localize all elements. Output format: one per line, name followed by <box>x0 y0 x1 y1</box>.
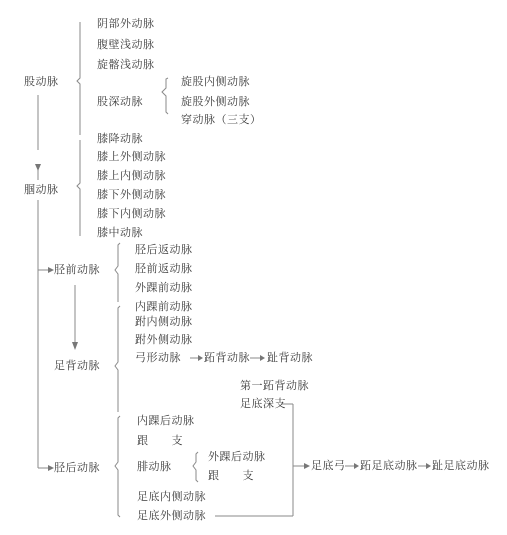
first-dorsal-metatarsal-artery: 第一跖背动脉 <box>240 379 309 393</box>
plantar-digital-artery: 趾足底动脉 <box>432 459 490 473</box>
branch-middle-genicular: 膝中动脉 <box>97 226 143 240</box>
peroneal-artery-label: 腓动脉 <box>137 460 172 474</box>
anterior-tibial-label: 胫前动脉 <box>54 263 100 277</box>
popliteal-artery-label: 腘动脉 <box>24 183 59 197</box>
branch-peroneal-calcaneal: 跟 支 <box>208 469 254 483</box>
branch-medial-circumflex-femoral: 旋股内侧动脉 <box>181 75 250 89</box>
branch-superficial-circumflex-iliac: 旋髂浅动脉 <box>97 58 155 72</box>
plantar-arch: 足底弓 <box>311 459 346 473</box>
posterior-tibial-label: 胫后动脉 <box>54 461 100 475</box>
lateral-plantar-artery: 足底外侧动脉 <box>137 509 206 523</box>
dorsal-digital-artery: 趾背动脉 <box>267 351 313 365</box>
arcuate-artery: 弓形动脉 <box>135 351 181 365</box>
branch-perforating: 穿动脉（三支） <box>181 113 262 127</box>
branch-descending-genicular: 膝降动脉 <box>97 132 143 146</box>
branch-anterior-lateral-malleolar: 外踝前动脉 <box>135 281 193 295</box>
branch-superficial-epigastric: 腹壁浅动脉 <box>97 38 155 52</box>
branch-medial-tarsal: 跗内侧动脉 <box>135 315 193 329</box>
branch-superior-lateral-genicular: 膝上外侧动脉 <box>97 150 166 164</box>
plantar-metatarsal-artery: 跖足底动脉 <box>360 459 418 473</box>
branch-anterior-medial-malleolar: 内踝前动脉 <box>135 300 193 314</box>
deep-plantar-branch: 足底深支 <box>240 397 286 411</box>
branch-posterior-tibial-recurrent: 胫后返动脉 <box>135 243 193 257</box>
dorsal-metatarsal-artery: 跖背动脉 <box>204 351 250 365</box>
branch-anterior-tibial-recurrent: 胫前返动脉 <box>135 262 193 276</box>
branch-lateral-tarsal: 跗外侧动脉 <box>135 333 193 347</box>
branch-posterior-medial-malleolar: 内踝后动脉 <box>137 414 195 428</box>
branch-superior-medial-genicular: 膝上内侧动脉 <box>97 169 166 183</box>
branch-lateral-circumflex-femoral: 旋股外侧动脉 <box>181 95 250 109</box>
deep-femoral-label: 股深动脉 <box>97 95 143 109</box>
branch-external-pudendal: 阴部外动脉 <box>97 17 155 31</box>
branch-inferior-medial-genicular: 膝下内侧动脉 <box>97 207 166 221</box>
medial-plantar-artery: 足底内侧动脉 <box>137 490 206 504</box>
dorsalis-pedis-label: 足背动脉 <box>54 359 100 373</box>
branch-calcaneal: 跟 支 <box>137 434 183 448</box>
branch-inferior-lateral-genicular: 膝下外侧动脉 <box>97 188 166 202</box>
femoral-artery-label: 股动脉 <box>24 75 59 89</box>
branch-posterior-lateral-malleolar: 外踝后动脉 <box>208 450 266 464</box>
